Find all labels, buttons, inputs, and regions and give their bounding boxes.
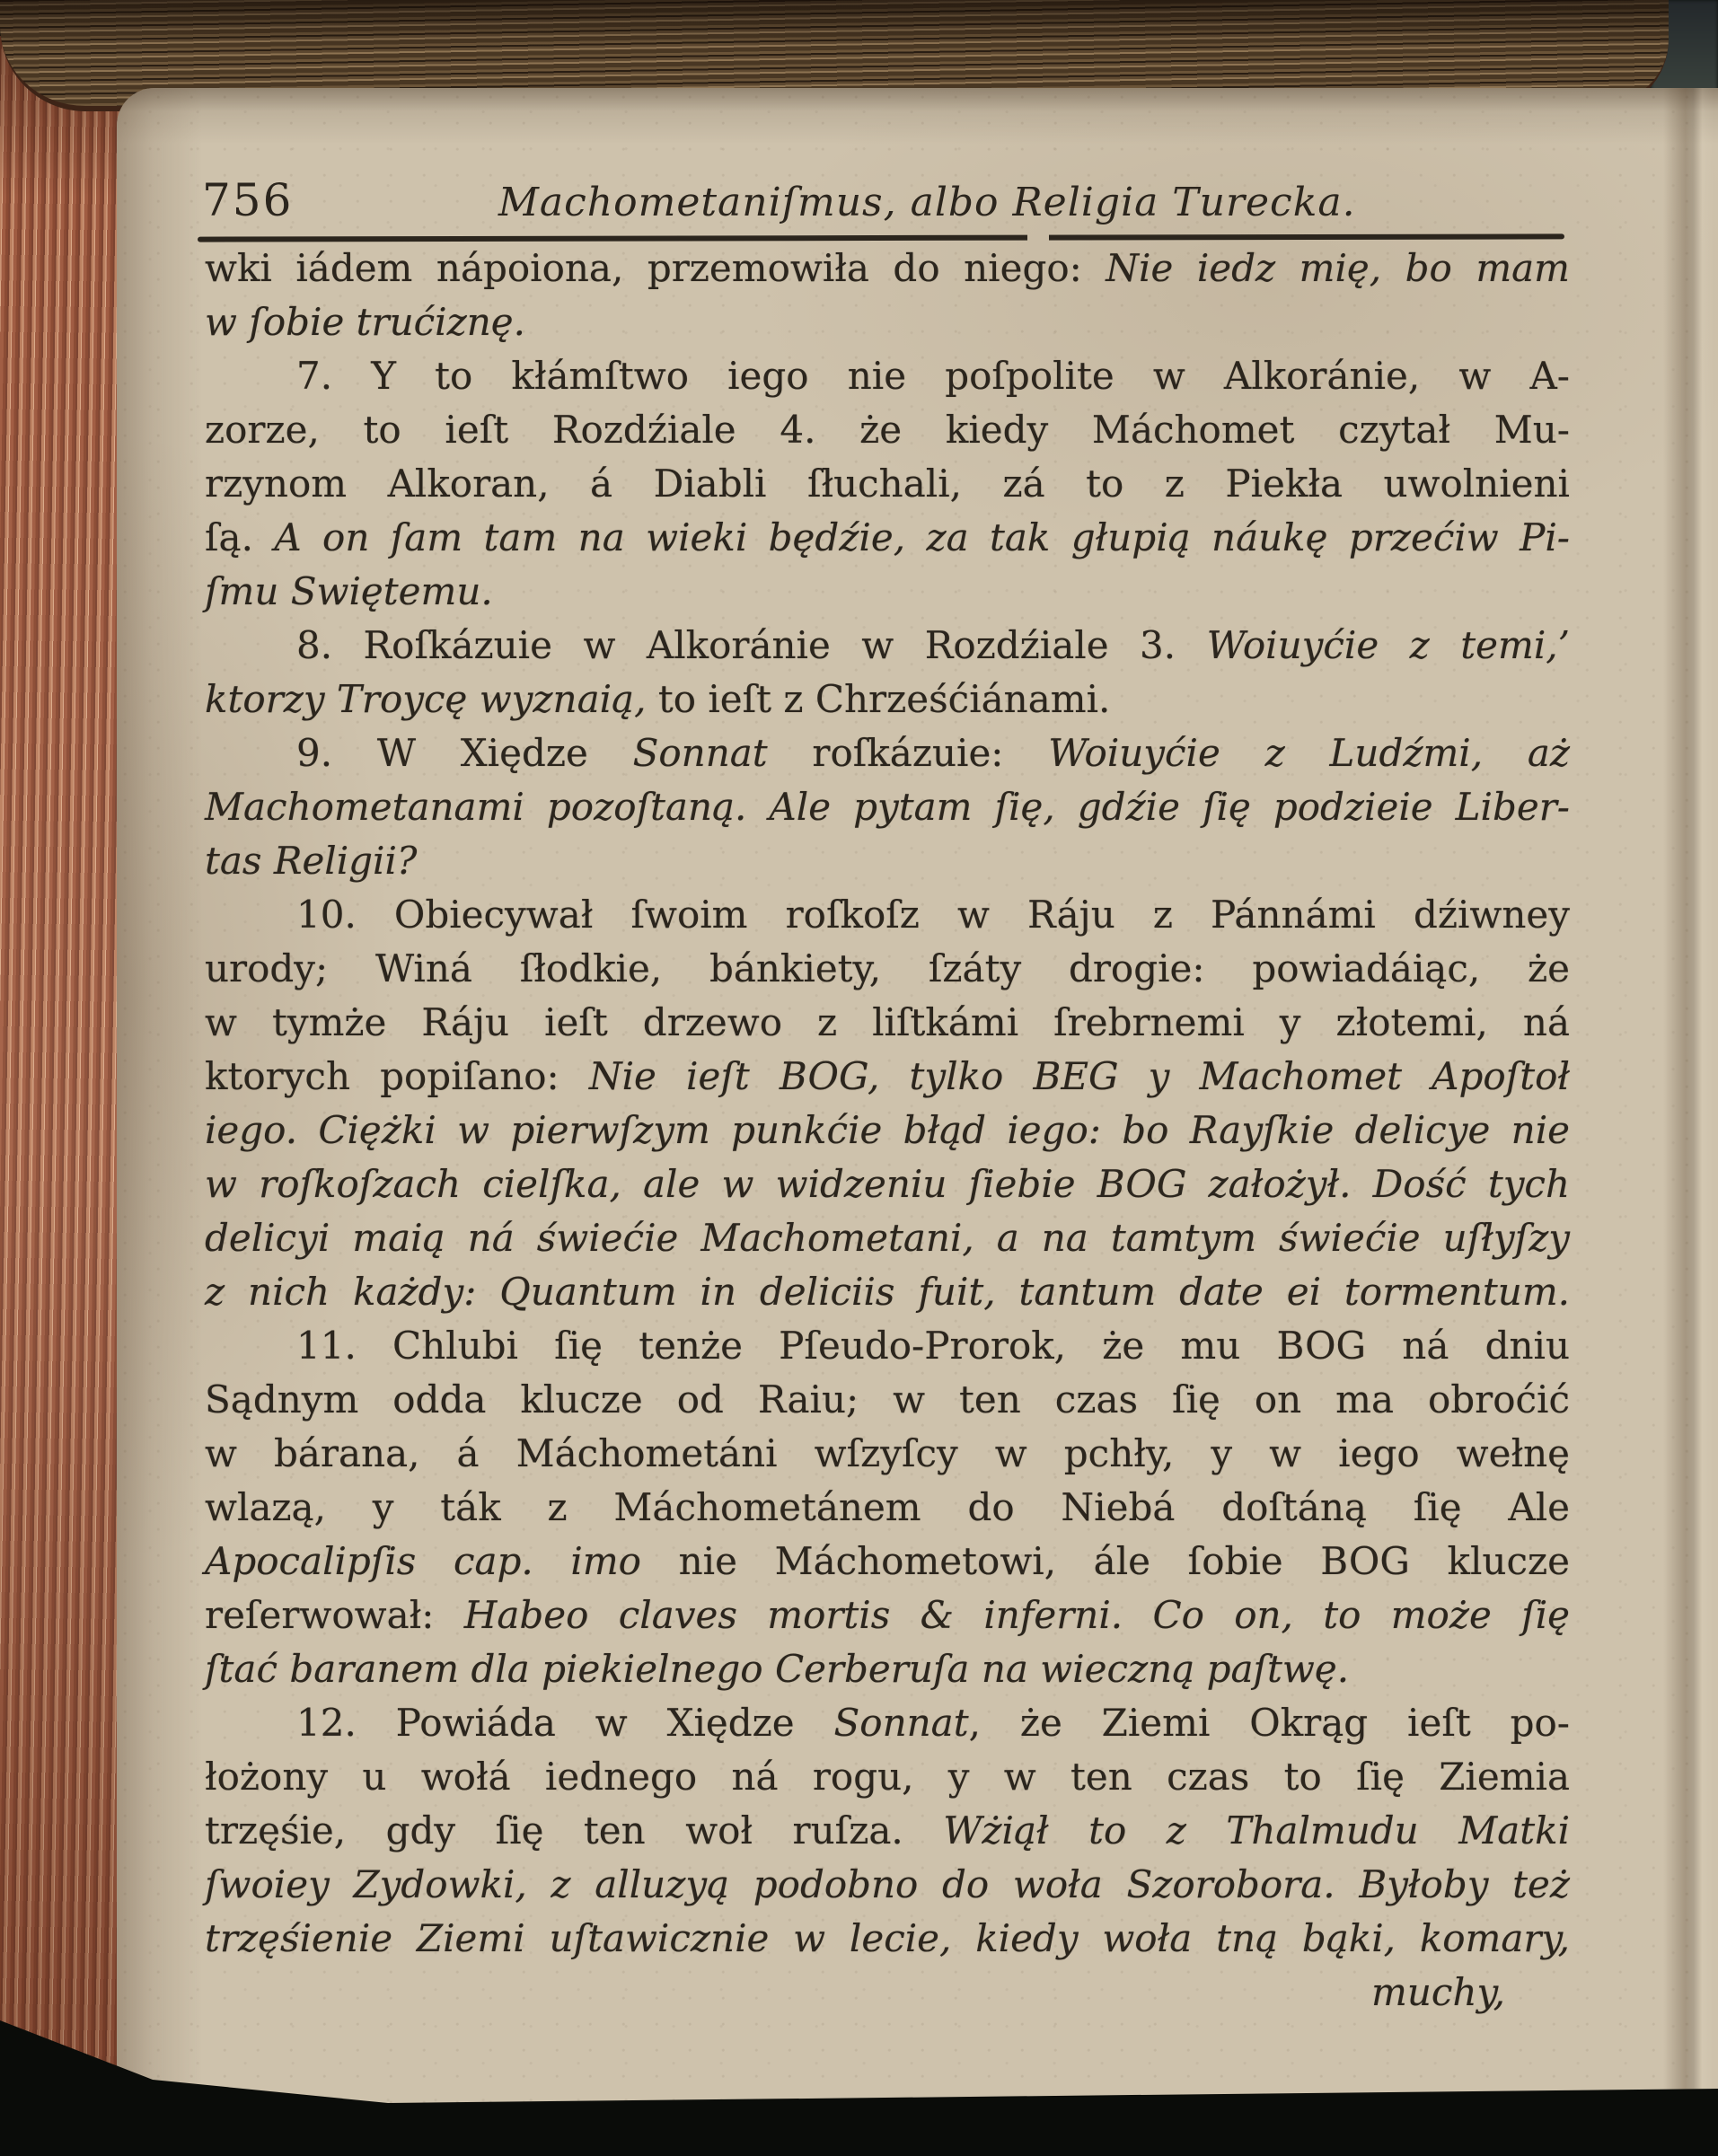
italic-text: w roſkoſzach cielſka, ale w widzeniu ſie… bbox=[205, 1162, 1570, 1206]
roman-text: roſkázuie: bbox=[768, 731, 1049, 775]
text-line: 11. Chlubi ſię tenże Pſeudo-Prorok, że m… bbox=[205, 1319, 1570, 1373]
roman-text: nie Máchometowi, ále ſobie BOG klucze bbox=[679, 1539, 1570, 1583]
text-line: rzynom Alkoran, á Diabli ſłuchali, zá to… bbox=[205, 457, 1570, 511]
roman-text: trzęśie, gdy ſię ten woł ruſza. bbox=[205, 1808, 943, 1852]
roman-text: 9. W Xiędze bbox=[296, 731, 633, 775]
text-line: 8. Roſkázuie w Alkoránie w Rozdźiale 3. … bbox=[205, 619, 1570, 673]
text-line: ſą. A on ſam tam na wieki będźie, za tak… bbox=[205, 511, 1570, 565]
book-photo: 756 Machometaniſmus, albo Religia Tureck… bbox=[0, 0, 1718, 2156]
italic-text: Nie iedz mię, bo mam bbox=[1106, 246, 1570, 290]
text-line: trzęśienie Ziemi uſtawicznie w lecie, ki… bbox=[205, 1912, 1570, 1966]
text-line: w ſobie trućiznę. bbox=[205, 295, 1570, 349]
roman-text: zorze, to ieſt Rozdźiale 4. że kiedy Mác… bbox=[205, 408, 1570, 452]
roman-text: urody; Winá ſłodkie, bánkiety, ſzáty dro… bbox=[205, 946, 1570, 990]
italic-text: Machometanami pozoſtaną. Ale pytam ſię, … bbox=[205, 785, 1570, 829]
italic-text: ſwoiey Zydowki, z alluzyą podobno do woł… bbox=[205, 1862, 1570, 1906]
roman-text: reſerwował: bbox=[205, 1593, 464, 1637]
text-line: Machometanami pozoſtaną. Ale pytam ſię, … bbox=[205, 780, 1570, 834]
italic-text: z nich każdy: Quantum in deliciis fuit, … bbox=[205, 1270, 1570, 1314]
body-text: wki iádem nápoiona, przemowiła do niego:… bbox=[205, 242, 1570, 2020]
roman-text: 8. Roſkázuie w Alkoránie w Rozdźiale 3. bbox=[296, 623, 1207, 667]
text-line: 12. Powiáda w Xiędze Sonnat, że Ziemi Ok… bbox=[205, 1696, 1570, 1750]
text-line: tas Religii? bbox=[205, 834, 1570, 888]
roman-text: w bárana, á Máchometáni wſzyſcy w pchły,… bbox=[205, 1431, 1570, 1475]
text-line: w tymże Ráju ieſt drzewo z liſtkámi ſreb… bbox=[205, 996, 1570, 1050]
roman-text: wlazą, y ták z Máchometánem do Niebá doſ… bbox=[205, 1485, 1570, 1529]
text-line: w roſkoſzach cielſka, ale w widzeniu ſie… bbox=[205, 1157, 1570, 1211]
text-line: ſtać baranem dla piekielnego Cerberuſa n… bbox=[205, 1642, 1570, 1696]
text-line: zorze, to ieſt Rozdźiale 4. że kiedy Mác… bbox=[205, 403, 1570, 457]
italic-text: delicyi maią ná świećie Machometani, a n… bbox=[205, 1216, 1570, 1260]
text-line: muchy, bbox=[205, 1966, 1570, 2020]
text-line: łożony u wołá iednego ná rogu, y w ten c… bbox=[205, 1750, 1570, 1804]
text-line: Apocalipſis cap. imo nie Máchometowi, ál… bbox=[205, 1535, 1570, 1588]
text-line: trzęśie, gdy ſię ten woł ruſza. Wżiął to… bbox=[205, 1804, 1570, 1858]
page-number: 756 bbox=[202, 174, 293, 226]
roman-text: 12. Powiáda w Xiędze bbox=[296, 1701, 834, 1745]
italic-text: w ſobie trućiznę. bbox=[205, 300, 525, 344]
italic-text: ſmu Swiętemu. bbox=[205, 569, 493, 613]
italic-text: muchy, bbox=[1371, 1970, 1505, 2014]
italic-text: Wżiął to z Thalmudu Matki bbox=[943, 1808, 1570, 1852]
text-line: urody; Winá ſłodkie, bánkiety, ſzáty dro… bbox=[205, 942, 1570, 996]
italic-text: Woiuyćie z Ludźmi, aż bbox=[1048, 731, 1570, 775]
text-line: ſwoiey Zydowki, z alluzyą podobno do woł… bbox=[205, 1858, 1570, 1912]
roman-text: ktorych popiſano: bbox=[205, 1054, 589, 1098]
text-line: Sądnym odda klucze od Raiu; w ten czas ſ… bbox=[205, 1373, 1570, 1427]
book-fore-edge-left bbox=[0, 36, 124, 2092]
italic-text: Sonnat bbox=[633, 731, 768, 775]
italic-text: trzęśienie Ziemi uſtawicznie w lecie, ki… bbox=[205, 1916, 1570, 1960]
italic-text: A on ſam tam na wieki będźie, za tak głu… bbox=[274, 515, 1570, 559]
italic-text: Habeo claves mortis & inferni. Co on, to… bbox=[464, 1593, 1570, 1637]
text-line: wlazą, y ták z Máchometánem do Niebá doſ… bbox=[205, 1481, 1570, 1535]
italic-text: iego. Ciężki w pierwſzym punkćie błąd ie… bbox=[205, 1108, 1570, 1152]
roman-text: Sądnym odda klucze od Raiu; w ten czas ſ… bbox=[205, 1377, 1570, 1421]
italic-text: ktorzy Troycę wyznaią, bbox=[205, 677, 658, 721]
page-crease bbox=[1663, 88, 1718, 2107]
text-line: ktorzy Troycę wyznaią, to ieſt z Chrześć… bbox=[205, 673, 1570, 726]
roman-text: w tymże Ráju ieſt drzewo z liſtkámi ſreb… bbox=[205, 1000, 1570, 1044]
text-line: 10. Obiecywał ſwoim roſkoſz w Ráju z Pán… bbox=[205, 888, 1570, 942]
italic-text: tas Religii? bbox=[205, 839, 417, 883]
italic-text: Sonnat bbox=[834, 1701, 969, 1745]
text-line: z nich każdy: Quantum in deliciis fuit, … bbox=[205, 1265, 1570, 1319]
text-line: reſerwował: Habeo claves mortis & infern… bbox=[205, 1588, 1570, 1642]
roman-text: rzynom Alkoran, á Diabli ſłuchali, zá to… bbox=[205, 462, 1570, 506]
text-line: 7. Y to kłámſtwo iego nie poſpolite w Al… bbox=[205, 349, 1570, 403]
text-line: 9. W Xiędze Sonnat roſkázuie: Woiuyćie z… bbox=[205, 726, 1570, 780]
roman-text: 7. Y to kłámſtwo iego nie poſpolite w Al… bbox=[296, 354, 1570, 398]
text-line: ſmu Swiętemu. bbox=[205, 565, 1570, 619]
roman-text: , że Ziemi Okrąg ieſt po- bbox=[969, 1701, 1570, 1745]
roman-text: 10. Obiecywał ſwoim roſkoſz w Ráju z Pán… bbox=[296, 893, 1570, 937]
running-header-title: Machometaniſmus, albo Religia Turecka. bbox=[293, 180, 1561, 225]
italic-text: ſtać baranem dla piekielnego Cerberuſa n… bbox=[205, 1647, 1349, 1691]
italic-text: Apocalipſis cap. imo bbox=[205, 1539, 679, 1583]
italic-text: Nie ieſt BOG, tylko BEG y Machomet Apoſt… bbox=[589, 1054, 1570, 1098]
text-line: w bárana, á Máchometáni wſzyſcy w pchły,… bbox=[205, 1427, 1570, 1481]
text-line: ktorych popiſano: Nie ieſt BOG, tylko BE… bbox=[205, 1050, 1570, 1104]
text-line: delicyi maią ná świećie Machometani, a n… bbox=[205, 1211, 1570, 1265]
text-line: iego. Ciężki w pierwſzym punkćie błąd ie… bbox=[205, 1104, 1570, 1157]
roman-text: to ieſt z Chrześćiánami. bbox=[658, 677, 1111, 721]
roman-text: łożony u wołá iednego ná rogu, y w ten c… bbox=[205, 1755, 1570, 1799]
page-header: 756 Machometaniſmus, albo Religia Tureck… bbox=[202, 174, 1561, 226]
roman-text: 11. Chlubi ſię tenże Pſeudo-Prorok, że m… bbox=[296, 1324, 1570, 1368]
roman-text: wki iádem nápoiona, przemowiła do niego: bbox=[205, 246, 1106, 290]
book-page: 756 Machometaniſmus, albo Religia Tureck… bbox=[117, 88, 1718, 2107]
text-line: wki iádem nápoiona, przemowiła do niego:… bbox=[205, 242, 1570, 295]
roman-text: ſą. bbox=[205, 515, 274, 559]
italic-text: Woiuyćie z temi,’ bbox=[1207, 623, 1570, 667]
